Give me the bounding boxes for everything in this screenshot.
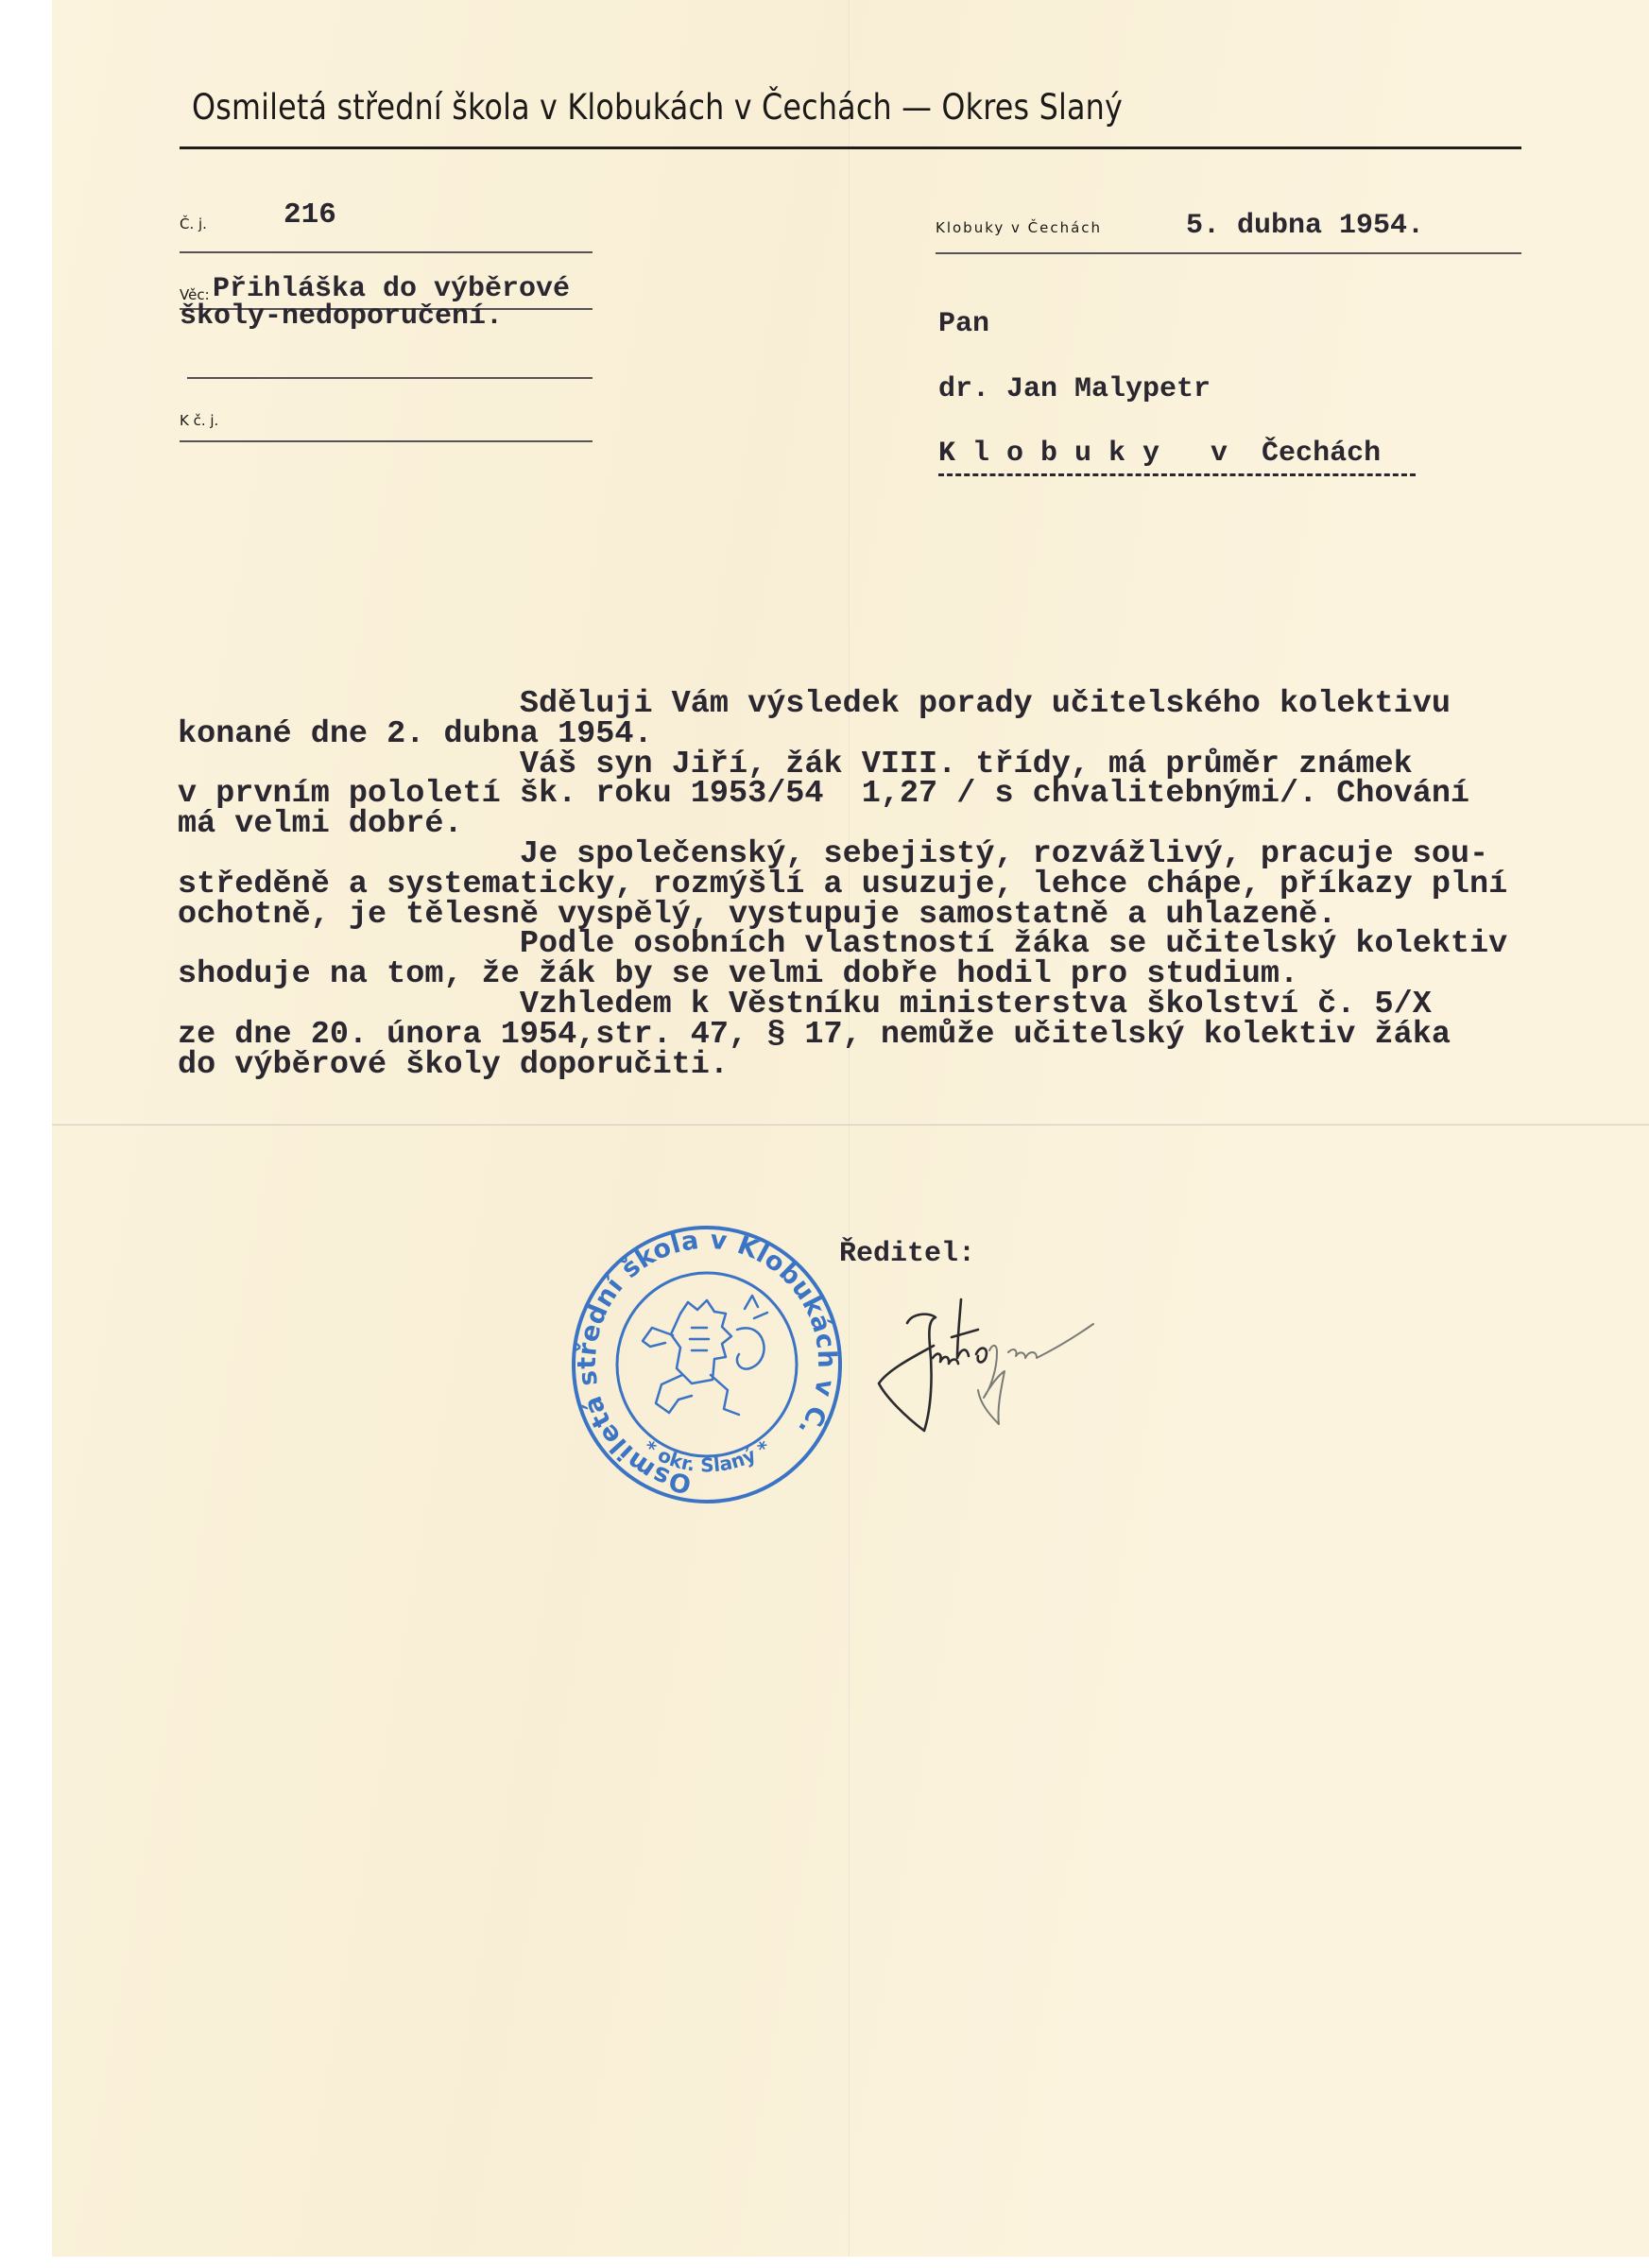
letterhead-title: Osmiletá střední škola v Klobukách v Čec… (192, 87, 1123, 128)
dateline-date: 5. dubna 1954. (1186, 210, 1424, 242)
addressee-underline (938, 473, 1416, 476)
addressee-place: K l o b u k y v Čechách (938, 438, 1381, 470)
kcj-label: K č. j. (180, 412, 218, 429)
addressee-name: dr. Jan Malypetr (938, 373, 1211, 405)
body-line: ze dne 20. února 1954,str. 47, § 17, nem… (178, 1021, 1557, 1051)
body-line: středěně a systematicky, rozmýšlí a usuz… (178, 870, 1557, 901)
body-line: Je společenský, sebejistý, rozvážlivý, p… (178, 840, 1557, 870)
body-line: Vzhledem k Věstníku ministerstva školstv… (178, 990, 1557, 1021)
body-line: konané dne 2. dubna 1954. (178, 720, 1557, 750)
cj-label: Č. j. (180, 215, 207, 232)
director-signature (874, 1290, 1129, 1455)
letterhead-rule (180, 146, 1521, 149)
closing-title: Ředitel: (839, 1238, 975, 1270)
school-stamp: Osmiletá střední škola v Klobukách v Č. … (569, 1224, 845, 1505)
dateline-rule (936, 252, 1521, 254)
blank-rule (187, 377, 593, 379)
letter-body: Sděluji Vám výsledek porady učitelského … (178, 690, 1557, 1080)
kcj-rule (180, 440, 593, 442)
dateline-place: Klobuky v Čechách (936, 219, 1102, 236)
addressee-salutation: Pan (938, 308, 989, 340)
cj-rule (180, 251, 593, 253)
cj-value: 216 (283, 198, 336, 232)
letter-paper (52, 0, 1649, 2257)
lion-emblem-icon (643, 1296, 767, 1415)
vertical-fold (849, 0, 850, 2257)
horizontal-fold (52, 1123, 1649, 1125)
vec-line-2: školy-nedoporučení. (180, 301, 503, 333)
body-line: do výběrové školy doporučiti. (178, 1051, 1557, 1081)
